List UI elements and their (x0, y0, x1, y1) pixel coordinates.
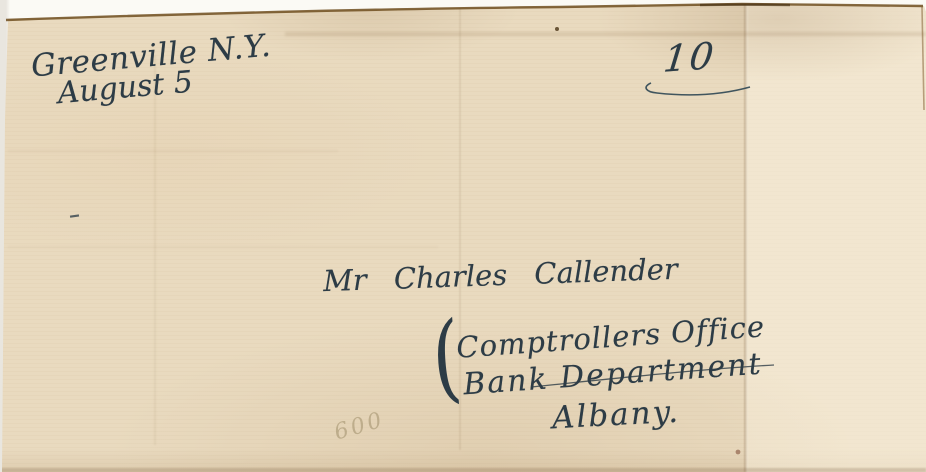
faint-horizontal-crease-left (8, 150, 338, 152)
envelope-paper: Greenville N.Y. August 5 10 Mr Charles C… (0, 0, 926, 472)
horizontal-fold-crease-top (285, 32, 926, 36)
address-city-line: Albany. (551, 394, 681, 437)
postal-rate: 10 (661, 34, 717, 80)
vertical-fold-crease (744, 4, 748, 472)
pencil-notation: 600 (332, 407, 388, 445)
faint-vertical-crease-left (154, 55, 156, 445)
faint-horizontal-crease-middle (8, 246, 438, 248)
addressee-name: Mr Charles Callender (323, 252, 679, 298)
origin-block: Greenville N.Y. August 5 (30, 28, 275, 114)
scanned-envelope-image: Greenville N.Y. August 5 10 Mr Charles C… (0, 0, 926, 472)
bottom-edge-shadow (0, 468, 926, 472)
